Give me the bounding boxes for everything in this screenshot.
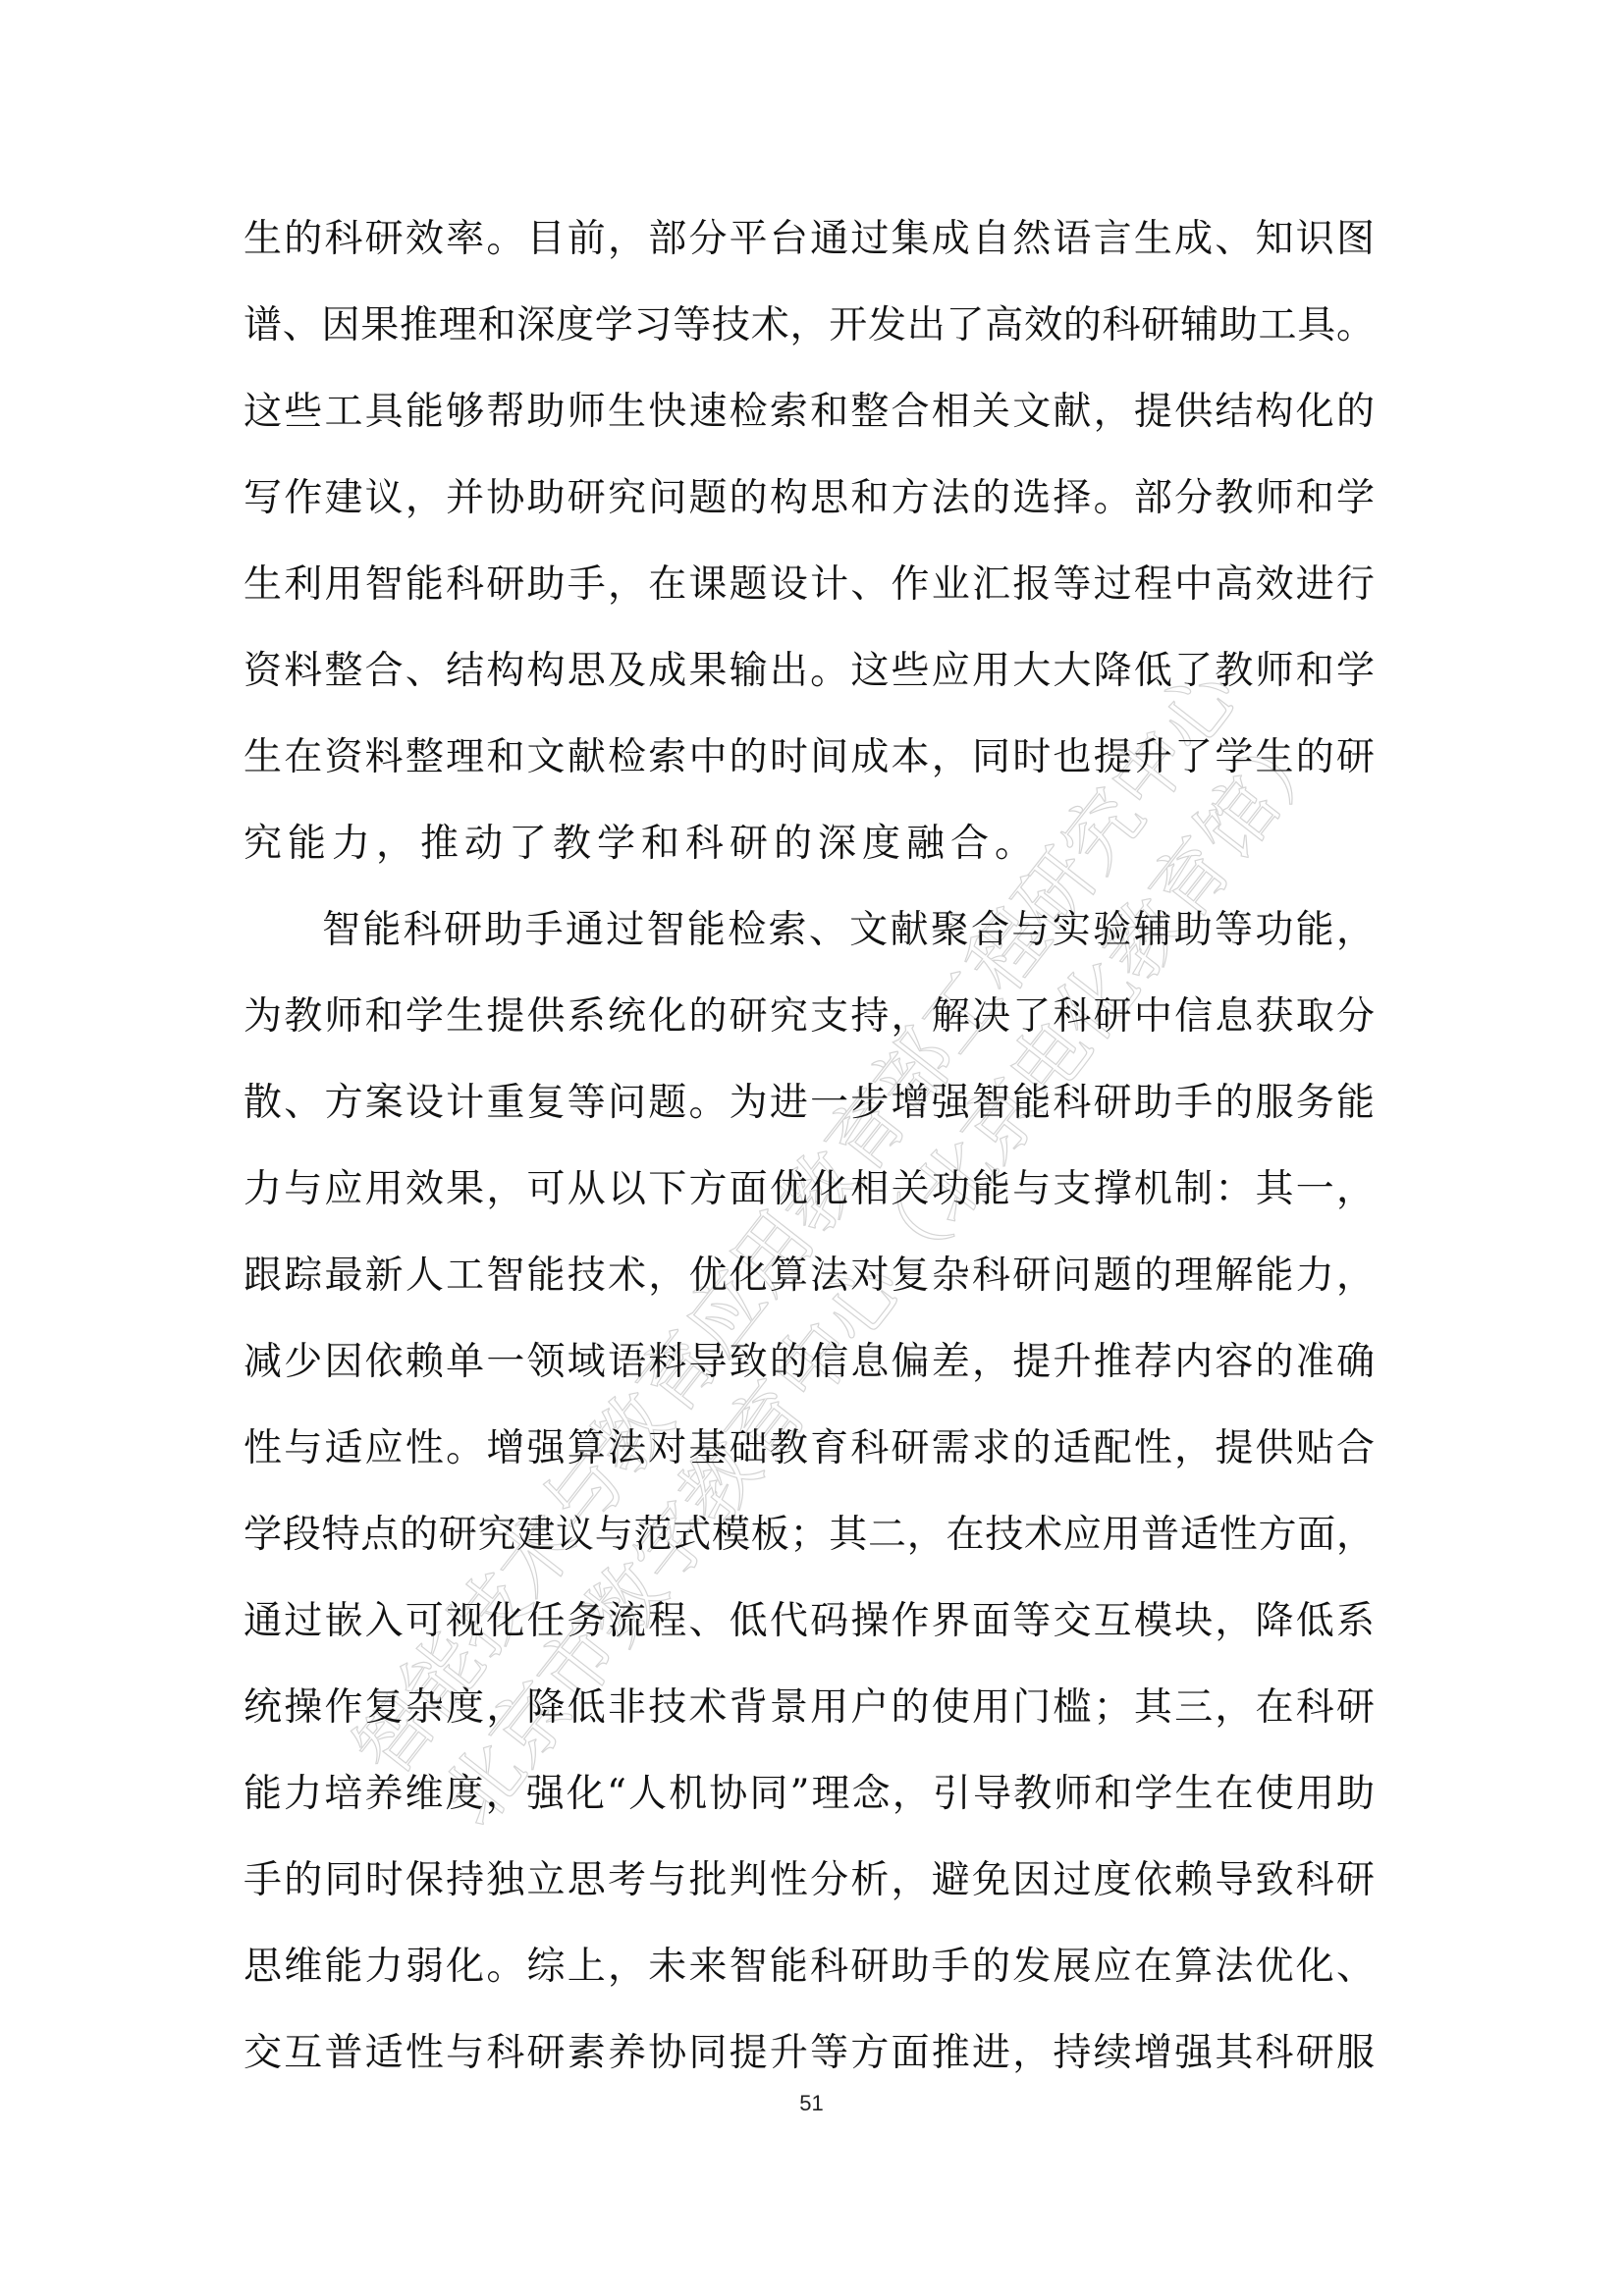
paragraph-2-line: 统操作复杂度，降低非技术背景用户的使用门槛；其三，在科研	[243, 1665, 1375, 1751]
paragraph-1-line: 资料整合、结构构思及成果输出。这些应用大大降低了教师和学	[243, 628, 1375, 715]
paragraph-1-line: 谱、因果推理和深度学习等技术，开发出了高效的科研辅助工具。	[243, 283, 1375, 369]
paragraph-2-line: 散、方案设计重复等问题。为进一步增强智能科研助手的服务能	[243, 1060, 1375, 1147]
paragraph-1-line: 生利用智能科研助手，在课题设计、作业汇报等过程中高效进行	[243, 542, 1375, 628]
paragraph-2-line: 手的同时保持独立思考与批判性分析，避免因过度依赖导致科研	[243, 1838, 1375, 1924]
document-page: 智能技术与教育应用教育部工程研究中心 北京市数字教育中心（北京电化教育馆） 生的…	[0, 0, 1623, 2296]
paragraph-2-line: 思维能力弱化。综上，未来智能科研助手的发展应在算法优化、	[243, 1924, 1375, 2010]
page-number: 51	[0, 2091, 1623, 2116]
paragraph-2-line: 交互普适性与科研素养协同提升等方面推进，持续增强其科研服	[243, 2010, 1375, 2097]
paragraph-1-line: 究能力，推动了教学和科研的深度融合。	[243, 801, 1375, 887]
paragraph-1-line: 生在资料整理和文献检索中的时间成本，同时也提升了学生的研	[243, 715, 1375, 801]
body-text: 生的科研效率。目前，部分平台通过集成自然语言生成、知识图 谱、因果推理和深度学习…	[243, 196, 1375, 2097]
paragraph-2-line: 通过嵌入可视化任务流程、低代码操作界面等交互模块，降低系	[243, 1578, 1375, 1665]
paragraph-2-line: 力与应用效果，可从以下方面优化相关功能与支撑机制：其一，	[243, 1147, 1375, 1233]
paragraph-2-line: 性与适应性。增强算法对基础教育科研需求的适配性，提供贴合	[243, 1406, 1375, 1492]
paragraph-2-line: 跟踪最新人工智能技术，优化算法对复杂科研问题的理解能力，	[243, 1233, 1375, 1319]
paragraph-1-line: 生的科研效率。目前，部分平台通过集成自然语言生成、知识图	[243, 196, 1375, 283]
paragraph-2-line: 智能科研助手通过智能检索、文献聚合与实验辅助等功能，	[243, 887, 1375, 974]
paragraph-1-line: 这些工具能够帮助师生快速检索和整合相关文献，提供结构化的	[243, 369, 1375, 455]
paragraph-2-line: 学段特点的研究建议与范式模板；其二，在技术应用普适性方面，	[243, 1492, 1375, 1578]
paragraph-2-line: 为教师和学生提供系统化的研究支持，解决了科研中信息获取分	[243, 974, 1375, 1060]
paragraph-2-line: 减少因依赖单一领域语料导致的信息偏差，提升推荐内容的准确	[243, 1319, 1375, 1406]
paragraph-2-line: 能力培养维度，强化“人机协同”理念，引导教师和学生在使用助	[243, 1751, 1375, 1838]
paragraph-1-line: 写作建议，并协助研究问题的构思和方法的选择。部分教师和学	[243, 455, 1375, 542]
